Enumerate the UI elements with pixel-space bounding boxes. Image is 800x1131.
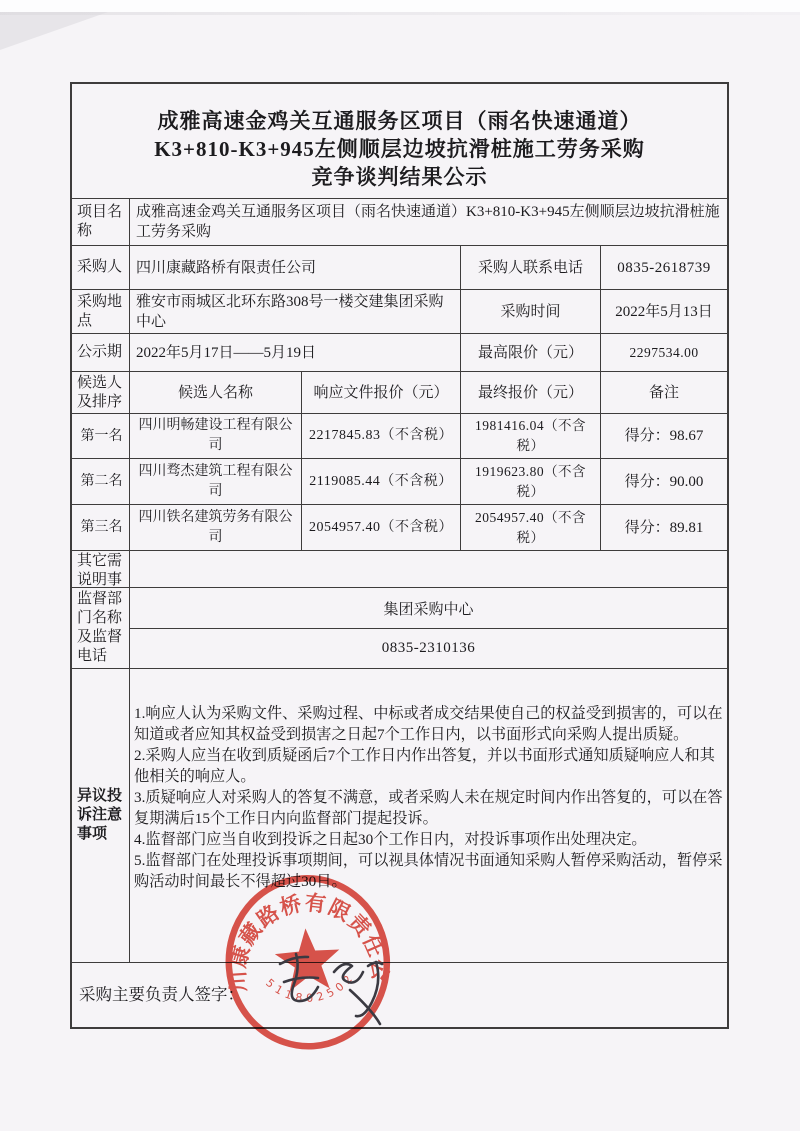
candidate-2-name: 四川骛杰建筑工程有限公司 [129, 459, 301, 504]
purchaser-phone-label: 采购人联系电话 [460, 246, 600, 289]
purchaser-row: 采购人 四川康藏路桥有限责任公司 采购人联系电话 0835-2618739 [72, 245, 727, 289]
candidate-1-bid: 2217845.83（不含税） [301, 414, 460, 458]
candidate-row-1: 第一名 四川明畅建设工程有限公司 2217845.83（不含税） 1981416… [72, 413, 727, 458]
candidates-header-bid: 响应文件报价（元） [301, 372, 460, 413]
complaint-label: 异议投诉注意事项 [72, 669, 129, 962]
purchase-time-label: 采购时间 [460, 290, 600, 333]
other-notes-row: 其它需说明事 [72, 550, 727, 587]
candidate-1-rank: 第一名 [72, 414, 129, 458]
document-title: 成雅高速金鸡关互通服务区项目（雨名快速通道） K3+810-K3+945左侧顺层… [72, 84, 727, 198]
candidate-1-final: 1981416.04（不含税） [460, 414, 600, 458]
result-announcement-table: 成雅高速金鸡关互通服务区项目（雨名快速通道） K3+810-K3+945左侧顺层… [70, 82, 729, 1029]
supervision-phone: 0835-2310136 [130, 628, 727, 668]
handwritten-signature [272, 938, 422, 1030]
candidates-header-rank: 候选人及排序 [72, 372, 129, 413]
candidates-header-remark: 备注 [600, 372, 727, 413]
title-row: 成雅高速金鸡关互通服务区项目（雨名快速通道） K3+810-K3+945左侧顺层… [72, 84, 727, 198]
other-notes-value [129, 551, 727, 587]
title-line-3: 竞争谈判结果公示 [312, 163, 488, 191]
complaint-row: 异议投诉注意事项 1.响应人认为采购文件、采购过程、中标或者成交结果使自己的权益… [72, 668, 727, 962]
candidate-2-remark: 得分：90.00 [600, 459, 727, 504]
title-line-2: K3+810-K3+945左侧顺层边坡抗滑桩施工劳务采购 [154, 135, 645, 163]
title-line-1: 成雅高速金鸡关互通服务区项目（雨名快速通道） [158, 107, 642, 135]
complaint-item-1: 1.响应人认为采购文件、采购过程、中标或者成交结果使自己的权益受到损害的，可以在… [134, 703, 723, 745]
candidate-row-3: 第三名 四川铁名建筑劳务有限公司 2054957.40（不含税） 2054957… [72, 504, 727, 550]
candidate-1-remark: 得分：98.67 [600, 414, 727, 458]
complaint-item-2: 2.采购人应当在收到质疑函后7个工作日内作出答复，并以书面形式通知质疑响应人和其… [134, 745, 723, 787]
scanner-background-strip [0, 0, 800, 12]
scanned-document-page: { "page": { "title_lines": [ "成雅高速金鸡关互通服… [0, 0, 800, 1131]
candidates-header-name: 候选人名称 [129, 372, 301, 413]
candidate-2-final: 1919623.80（不含税） [460, 459, 600, 504]
project-name-label: 项目名称 [72, 199, 129, 245]
publicity-period-row: 公示期 2022年5月17日——5月19日 最高限价（元） 2297534.00 [72, 333, 727, 371]
other-notes-label: 其它需说明事 [72, 551, 129, 587]
purchase-time-value: 2022年5月13日 [600, 290, 727, 333]
supervision-label: 监督部门名称及监督电话 [72, 588, 129, 668]
candidate-3-name: 四川铁名建筑劳务有限公司 [129, 505, 301, 550]
location-value: 雅安市雨城区北环东路308号一楼交建集团采购中心 [129, 290, 460, 333]
paper-corner-shadow [0, 12, 108, 50]
purchaser-label: 采购人 [72, 246, 129, 289]
candidates-header-row: 候选人及排序 候选人名称 响应文件报价（元） 最终报价（元） 备注 [72, 371, 727, 413]
project-name-value: 成雅高速金鸡关互通服务区项目（雨名快速通道）K3+810-K3+945左侧顺层边… [129, 199, 727, 245]
complaint-item-3: 3.质疑响应人对采购人的答复不满意，或者采购人未在规定时间内作出答复的，可以在答… [134, 787, 723, 829]
candidate-3-final: 2054957.40（不含税） [460, 505, 600, 550]
candidate-1-name: 四川明畅建设工程有限公司 [129, 414, 301, 458]
project-name-row: 项目名称 成雅高速金鸡关互通服务区项目（雨名快速通道）K3+810-K3+945… [72, 198, 727, 245]
supervision-row: 监督部门名称及监督电话 集团采购中心 0835-2310136 [72, 587, 727, 668]
candidate-3-rank: 第三名 [72, 505, 129, 550]
max-price-value: 2297534.00 [600, 334, 727, 371]
purchaser-value: 四川康藏路桥有限责任公司 [129, 246, 460, 289]
supervision-department: 集团采购中心 [130, 588, 727, 628]
candidate-2-rank: 第二名 [72, 459, 129, 504]
candidate-2-bid: 2119085.44（不含税） [301, 459, 460, 504]
publicity-period-label: 公示期 [72, 334, 129, 371]
purchaser-phone-value: 0835-2618739 [600, 246, 727, 289]
candidate-3-bid: 2054957.40（不含税） [301, 505, 460, 550]
location-row: 采购地点 雅安市雨城区北环东路308号一楼交建集团采购中心 采购时间 2022年… [72, 289, 727, 333]
candidates-header-final: 最终报价（元） [460, 372, 600, 413]
complaint-text: 1.响应人认为采购文件、采购过程、中标或者成交结果使自己的权益受到损害的，可以在… [129, 669, 727, 962]
candidate-row-2: 第二名 四川骛杰建筑工程有限公司 2119085.44（不含税） 1919623… [72, 458, 727, 504]
max-price-label: 最高限价（元） [460, 334, 600, 371]
complaint-item-4: 4.监督部门应当自收到投诉之日起30个工作日内，对投诉事项作出处理决定。 [134, 829, 647, 850]
candidate-3-remark: 得分：89.81 [600, 505, 727, 550]
supervision-values: 集团采购中心 0835-2310136 [129, 588, 727, 668]
location-label: 采购地点 [72, 290, 129, 333]
paper-edge-line [0, 12, 800, 15]
publicity-period-value: 2022年5月17日——5月19日 [129, 334, 460, 371]
